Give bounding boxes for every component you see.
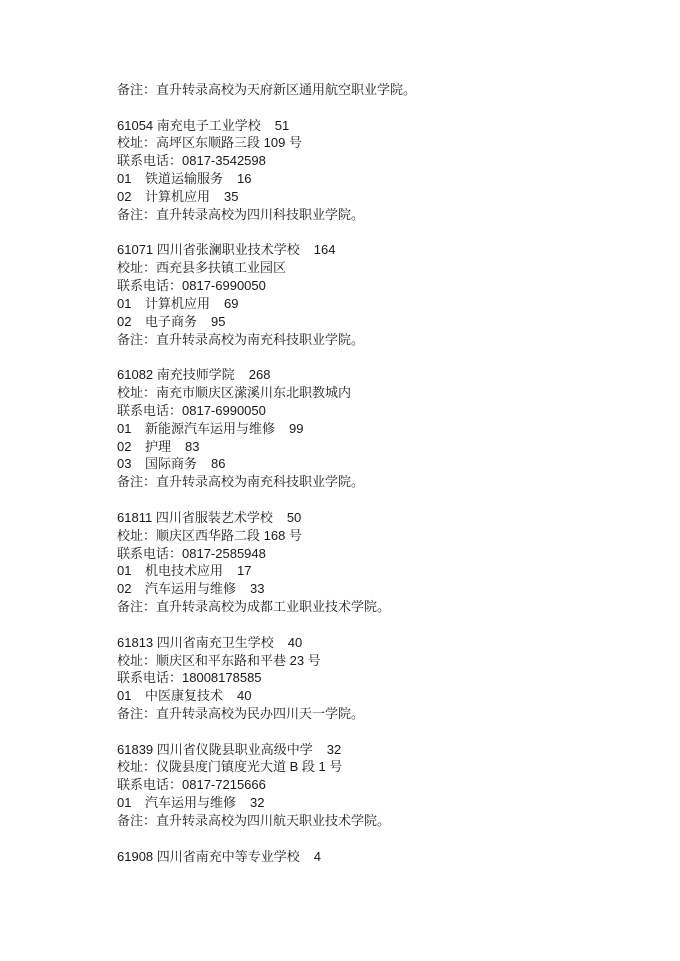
major-no: 02 xyxy=(117,188,145,206)
major-name: 机电技术应用 xyxy=(145,563,223,578)
blank-line xyxy=(117,616,416,634)
school-code: 61082 xyxy=(117,367,153,382)
blank-line xyxy=(117,723,416,741)
school-name: 南充电子工业学校 xyxy=(157,118,261,133)
blank-line xyxy=(117,491,416,509)
school-code: 61054 xyxy=(117,118,153,133)
school-header: 61811 四川省服装艺术学校50 xyxy=(117,509,416,527)
major-no: 02 xyxy=(117,438,145,456)
major-no: 01 xyxy=(117,420,145,438)
school-phone: 联系电话：0817-7215666 xyxy=(117,776,416,794)
school-name: 四川省张澜职业技术学校 xyxy=(157,242,300,257)
major-count: 35 xyxy=(224,189,238,204)
school-address: 校址：高坪区东顺路三段 109 号 xyxy=(117,134,416,152)
school-remark: 备注：直升转录高校为南充科技职业学院。 xyxy=(117,473,416,491)
school-phone: 联系电话：0817-2585948 xyxy=(117,545,416,563)
major-name: 国际商务 xyxy=(145,456,197,471)
school-phone: 联系电话：18008178585 xyxy=(117,669,416,687)
blank-line xyxy=(117,99,416,117)
blank-line xyxy=(117,830,416,848)
major-no: 02 xyxy=(117,580,145,598)
school-name: 四川省南充中等专业学校 xyxy=(157,849,300,864)
major-name: 护理 xyxy=(145,439,171,454)
school-code: 61839 xyxy=(117,742,153,757)
major-count: 16 xyxy=(237,171,251,186)
major-no: 01 xyxy=(117,170,145,188)
school-address: 校址：南充市顺庆区潆溪川东北职教城内 xyxy=(117,384,416,402)
major-no: 03 xyxy=(117,455,145,473)
school-total: 50 xyxy=(287,510,301,525)
school-remark: 备注：直升转录高校为四川航天职业技术学院。 xyxy=(117,812,416,830)
blank-line xyxy=(117,224,416,242)
school-header: 61071 四川省张澜职业技术学校164 xyxy=(117,241,416,259)
school-code: 61071 xyxy=(117,242,153,257)
major-no: 01 xyxy=(117,687,145,705)
school-total: 4 xyxy=(314,849,321,864)
document-page: 备注：直升转录高校为天府新区通用航空职业学院。 61054 南充电子工业学校51… xyxy=(117,81,416,865)
major-row: 02汽车运用与维修33 xyxy=(117,580,416,598)
school-name: 四川省仪陇县职业高级中学 xyxy=(157,742,313,757)
major-name: 汽车运用与维修 xyxy=(145,581,236,596)
school-total: 40 xyxy=(288,635,302,650)
major-row: 01铁道运输服务16 xyxy=(117,170,416,188)
remark-line: 备注：直升转录高校为天府新区通用航空职业学院。 xyxy=(117,81,416,99)
major-row: 01汽车运用与维修32 xyxy=(117,794,416,812)
school-header: 61054 南充电子工业学校51 xyxy=(117,117,416,135)
school-total: 32 xyxy=(327,742,341,757)
major-name: 新能源汽车运用与维修 xyxy=(145,421,275,436)
school-header: 61082 南充技师学院268 xyxy=(117,366,416,384)
school-address: 校址：仪陇县度门镇度光大道 B 段 1 号 xyxy=(117,758,416,776)
major-row: 02护理83 xyxy=(117,438,416,456)
school-address: 校址：西充县多扶镇工业园区 xyxy=(117,259,416,277)
school-code: 61811 xyxy=(117,510,152,525)
major-no: 01 xyxy=(117,295,145,313)
school-header: 61813 四川省南充卫生学校40 xyxy=(117,634,416,652)
major-name: 中医康复技术 xyxy=(145,688,223,703)
school-total: 164 xyxy=(314,242,336,257)
school-remark: 备注：直升转录高校为成都工业职业技术学院。 xyxy=(117,598,416,616)
major-count: 95 xyxy=(211,314,225,329)
school-address: 校址：顺庆区和平东路和平巷 23 号 xyxy=(117,652,416,670)
school-name: 四川省南充卫生学校 xyxy=(157,635,274,650)
major-row: 02计算机应用35 xyxy=(117,188,416,206)
school-remark: 备注：直升转录高校为四川科技职业学院。 xyxy=(117,206,416,224)
major-row: 01新能源汽车运用与维修99 xyxy=(117,420,416,438)
major-count: 40 xyxy=(237,688,251,703)
major-row: 03国际商务86 xyxy=(117,455,416,473)
school-code: 61908 xyxy=(117,849,153,864)
school-phone: 联系电话：0817-3542598 xyxy=(117,152,416,170)
major-row: 01机电技术应用17 xyxy=(117,562,416,580)
blank-line xyxy=(117,348,416,366)
school-total: 51 xyxy=(275,118,289,133)
school-total: 268 xyxy=(249,367,271,382)
school-address: 校址：顺庆区西华路二段 168 号 xyxy=(117,527,416,545)
major-count: 86 xyxy=(211,456,225,471)
major-count: 17 xyxy=(237,563,251,578)
major-no: 01 xyxy=(117,794,145,812)
school-phone: 联系电话：0817-6990050 xyxy=(117,277,416,295)
school-remark: 备注：直升转录高校为南充科技职业学院。 xyxy=(117,331,416,349)
major-name: 铁道运输服务 xyxy=(145,171,223,186)
major-name: 计算机应用 xyxy=(145,189,210,204)
major-name: 汽车运用与维修 xyxy=(145,795,236,810)
school-code: 61813 xyxy=(117,635,153,650)
major-count: 32 xyxy=(250,795,264,810)
major-count: 33 xyxy=(250,581,264,596)
school-header: 61839 四川省仪陇县职业高级中学32 xyxy=(117,741,416,759)
major-row: 01计算机应用69 xyxy=(117,295,416,313)
major-row: 01中医康复技术40 xyxy=(117,687,416,705)
major-name: 计算机应用 xyxy=(145,296,210,311)
school-remark: 备注：直升转录高校为民办四川天一学院。 xyxy=(117,705,416,723)
major-count: 99 xyxy=(289,421,303,436)
major-count: 69 xyxy=(224,296,238,311)
major-name: 电子商务 xyxy=(145,314,197,329)
major-row: 02电子商务95 xyxy=(117,313,416,331)
major-no: 02 xyxy=(117,313,145,331)
major-no: 01 xyxy=(117,562,145,580)
school-name: 南充技师学院 xyxy=(157,367,235,382)
school-name: 四川省服装艺术学校 xyxy=(156,510,273,525)
major-count: 83 xyxy=(185,439,199,454)
school-header: 61908 四川省南充中等专业学校4 xyxy=(117,848,416,866)
school-phone: 联系电话：0817-6990050 xyxy=(117,402,416,420)
